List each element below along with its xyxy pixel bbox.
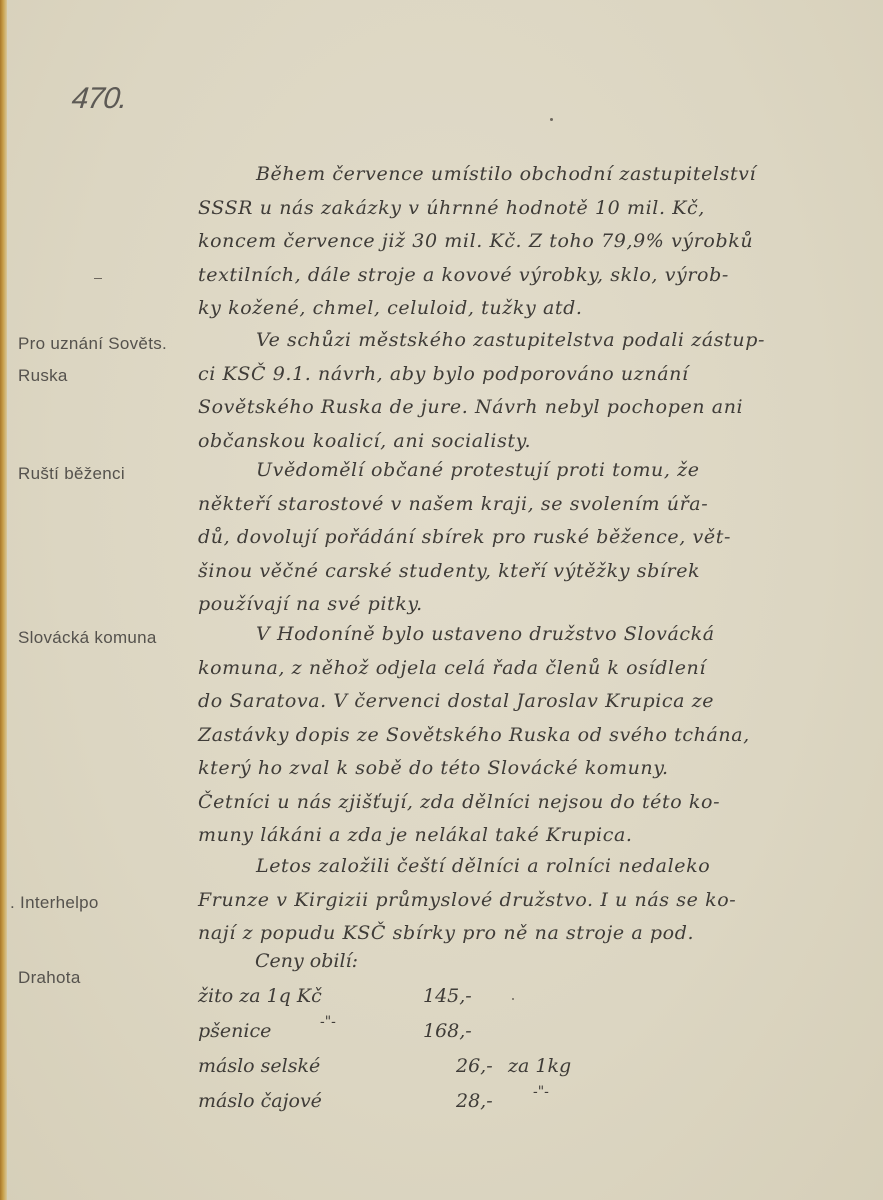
ditto-mark: -"-	[320, 1014, 336, 1030]
margin-label-refugees: Ruští běženci	[18, 458, 125, 490]
margin-label-recognition: Pro uznání Sověts. Ruska	[18, 328, 167, 392]
price-unit: za 1kg	[508, 1055, 571, 1077]
page-number: 470.	[70, 82, 128, 116]
text-line: šinou věčné carské studenty, kteří výtěž…	[198, 555, 848, 589]
text-line: nají z popudu KSČ sbírky pro ně na stroj…	[198, 917, 848, 951]
paper-speck	[512, 998, 514, 1000]
entry-refugees: Uvědomělí občané protestují proti tomu, …	[198, 454, 848, 622]
text-line: Ve schůzi městského zastupitelstva podal…	[198, 324, 848, 358]
text-line: Frunze v Kirgizii průmyslové družstvo. I…	[198, 884, 848, 918]
text-line: komuna, z něhož odjela celá řada členů k…	[198, 652, 848, 686]
text-line: Sovětského Ruska de jure. Návrh nebyl po…	[198, 391, 848, 425]
margin-label-text: Interhelpo	[20, 893, 99, 912]
text-line: ci KSČ 9.1. návrh, aby bylo podporováno …	[198, 358, 848, 392]
paper-speck	[550, 118, 553, 121]
margin-label-drahota: Drahota	[18, 962, 81, 994]
text-line: SSSR u nás zakázky v úhrnné hodnotě 10 m…	[198, 192, 848, 226]
price-unit-ditto: -"-	[533, 1084, 549, 1100]
text-line: ky kožené, chmel, celuloid, tužky atd.	[198, 292, 848, 326]
text-line: občanskou koalicí, ani socialisty.	[198, 425, 848, 459]
price-item: máslo čajové	[198, 1090, 322, 1112]
text-line: Četníci u nás zjišťují, zda dělníci nejs…	[198, 786, 848, 820]
text-line: koncem července již 30 mil. Kč. Z toho 7…	[198, 225, 848, 259]
margin-label-interhelpo: . Interhelpo	[10, 855, 99, 919]
text-line: který ho zval k sobě do této Slovácké ko…	[198, 752, 848, 786]
price-item: máslo selské	[198, 1055, 320, 1077]
text-line: používají na své pitky.	[198, 588, 848, 622]
text-line: textilních, dále stroje a kovové výrobky…	[198, 259, 848, 293]
text-line: Uvědomělí občané protestují proti tomu, …	[198, 454, 848, 488]
price-value: 145,-	[423, 985, 472, 1007]
price-item: pšenice	[198, 1020, 271, 1042]
paper-mark	[94, 278, 102, 279]
text-line: dů, dovolují pořádání sbírek pro ruské b…	[198, 521, 848, 555]
text-line: Zastávky dopis ze Sovětského Ruska od sv…	[198, 719, 848, 753]
price-value: 28,-	[456, 1090, 493, 1112]
text-line: V Hodoníně bylo ustaveno družstvo Slovác…	[198, 618, 848, 652]
margin-dot: .	[10, 893, 20, 912]
text-line: Letos založili čeští dělníci a rolníci n…	[198, 850, 848, 884]
text-line: do Saratova. V červenci dostal Jaroslav …	[198, 685, 848, 719]
margin-label-slovacka-komuna: Slovácká komuna	[18, 622, 157, 654]
chronicle-page: 470. Během července umístilo obchodní za…	[0, 0, 883, 1200]
entry-soviet-orders: Během července umístilo obchodní zastupi…	[198, 158, 848, 326]
entry-recognition: Ve schůzi městského zastupitelstva podal…	[198, 324, 848, 458]
text-line: někteří starostové v našem kraji, se svo…	[198, 488, 848, 522]
price-item: žito za 1q Kč	[198, 985, 322, 1007]
price-value: 26,-	[456, 1055, 493, 1077]
text-line: muny lákáni a zda je nelákal také Krupic…	[198, 819, 848, 853]
text-line: Během července umístilo obchodní zastupi…	[198, 158, 848, 192]
entry-interhelpo: Letos založili čeští dělníci a rolníci n…	[198, 850, 848, 951]
price-value: 168,-	[423, 1020, 472, 1042]
prices-heading: Ceny obilí:	[255, 950, 358, 972]
page-binding-edge	[0, 0, 7, 1200]
entry-slovacka-komuna: V Hodoníně bylo ustaveno družstvo Slovác…	[198, 618, 848, 853]
